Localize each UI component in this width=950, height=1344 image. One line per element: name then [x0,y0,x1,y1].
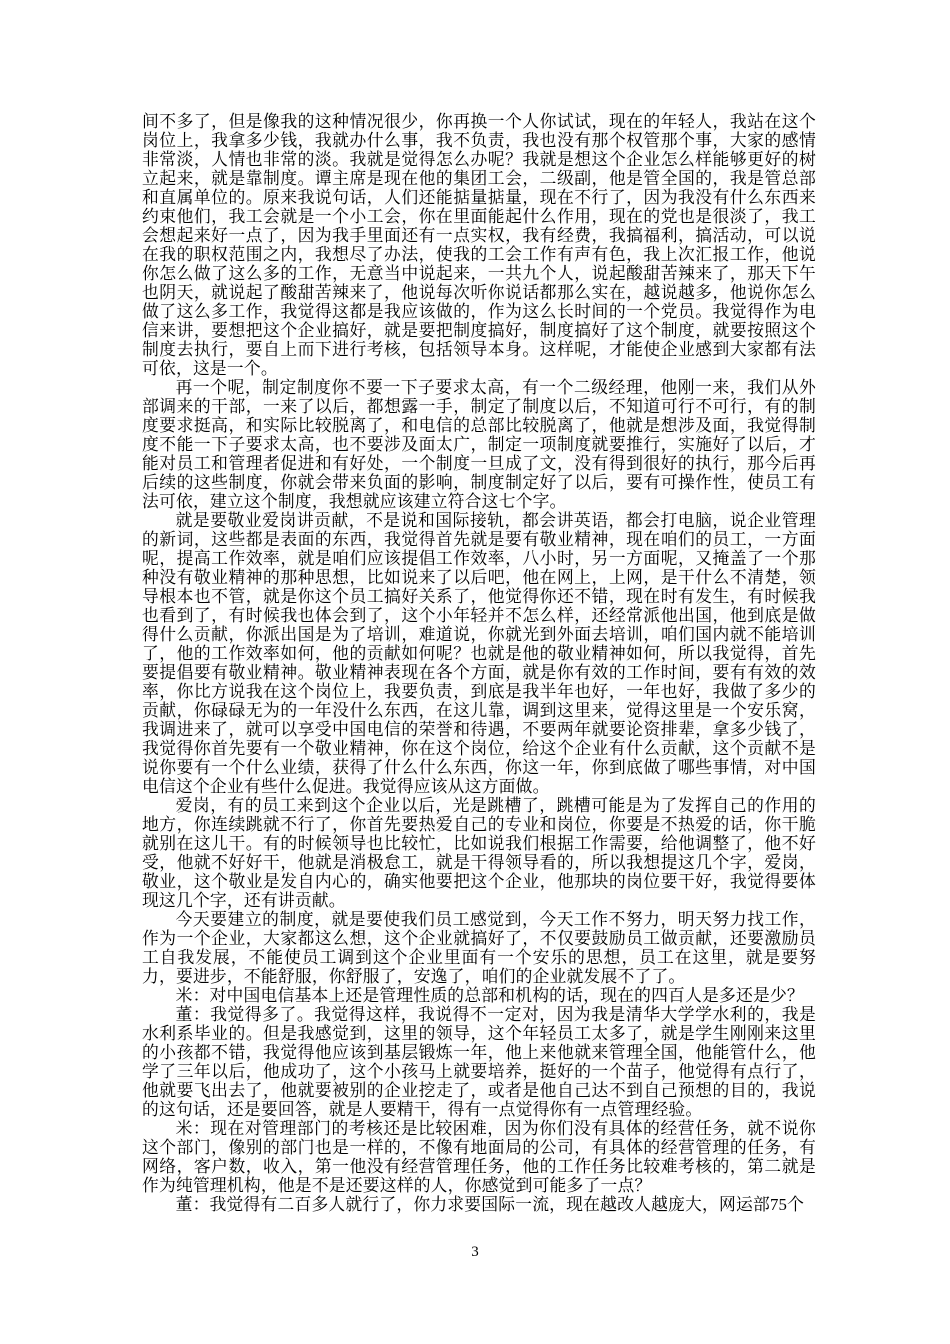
paragraph-7: 董：我觉得多了。我觉得这样，我说得不一定对，因为我是清华大学学水利的，我是水利系… [142,1005,816,1119]
paragraph-4: 爱岗，有的员工来到这个企业以后，光是跳槽了，跳槽可能是为了发挥自己的作用的地方，… [142,796,816,910]
document-body-text: 间不多了，但是像我的这种情况很少，你再换一个人你试试，现在的年轻人，我站在这个岗… [142,112,816,1214]
paragraph-1: 间不多了，但是像我的这种情况很少，你再换一个人你试试，现在的年轻人，我站在这个岗… [142,112,816,378]
paragraph-9: 董：我觉得有二百多人就行了，你力求要国际一流，现在越改人越庞大，网运部75个 [142,1195,816,1214]
paragraph-2: 再一个呢，制定制度你不要一下子要求太高，有一个二级经理，他刚一来，我们从外部调来… [142,378,816,511]
paragraph-6: 米：对中国电信基本上还是管理性质的总部和机构的话，现在的四百人是多还是少？ [142,986,816,1005]
page-number: 3 [0,1243,950,1261]
paragraph-3: 就是要敬业爱岗讲贡献，不是说和国际接轨，都会讲英语，都会打电脑，说企业管理的新词… [142,511,816,796]
paragraph-5: 今天要建立的制度，就是要使我们员工感觉到，今天工作不努力，明天努力找工作，作为一… [142,910,816,986]
paragraph-8: 米：现在对管理部门的考核还是比较困难，因为你们没有具体的经营任务，就不说你这个部… [142,1119,816,1195]
document-page: 间不多了，但是像我的这种情况很少，你再换一个人你试试，现在的年轻人，我站在这个岗… [0,0,950,1344]
